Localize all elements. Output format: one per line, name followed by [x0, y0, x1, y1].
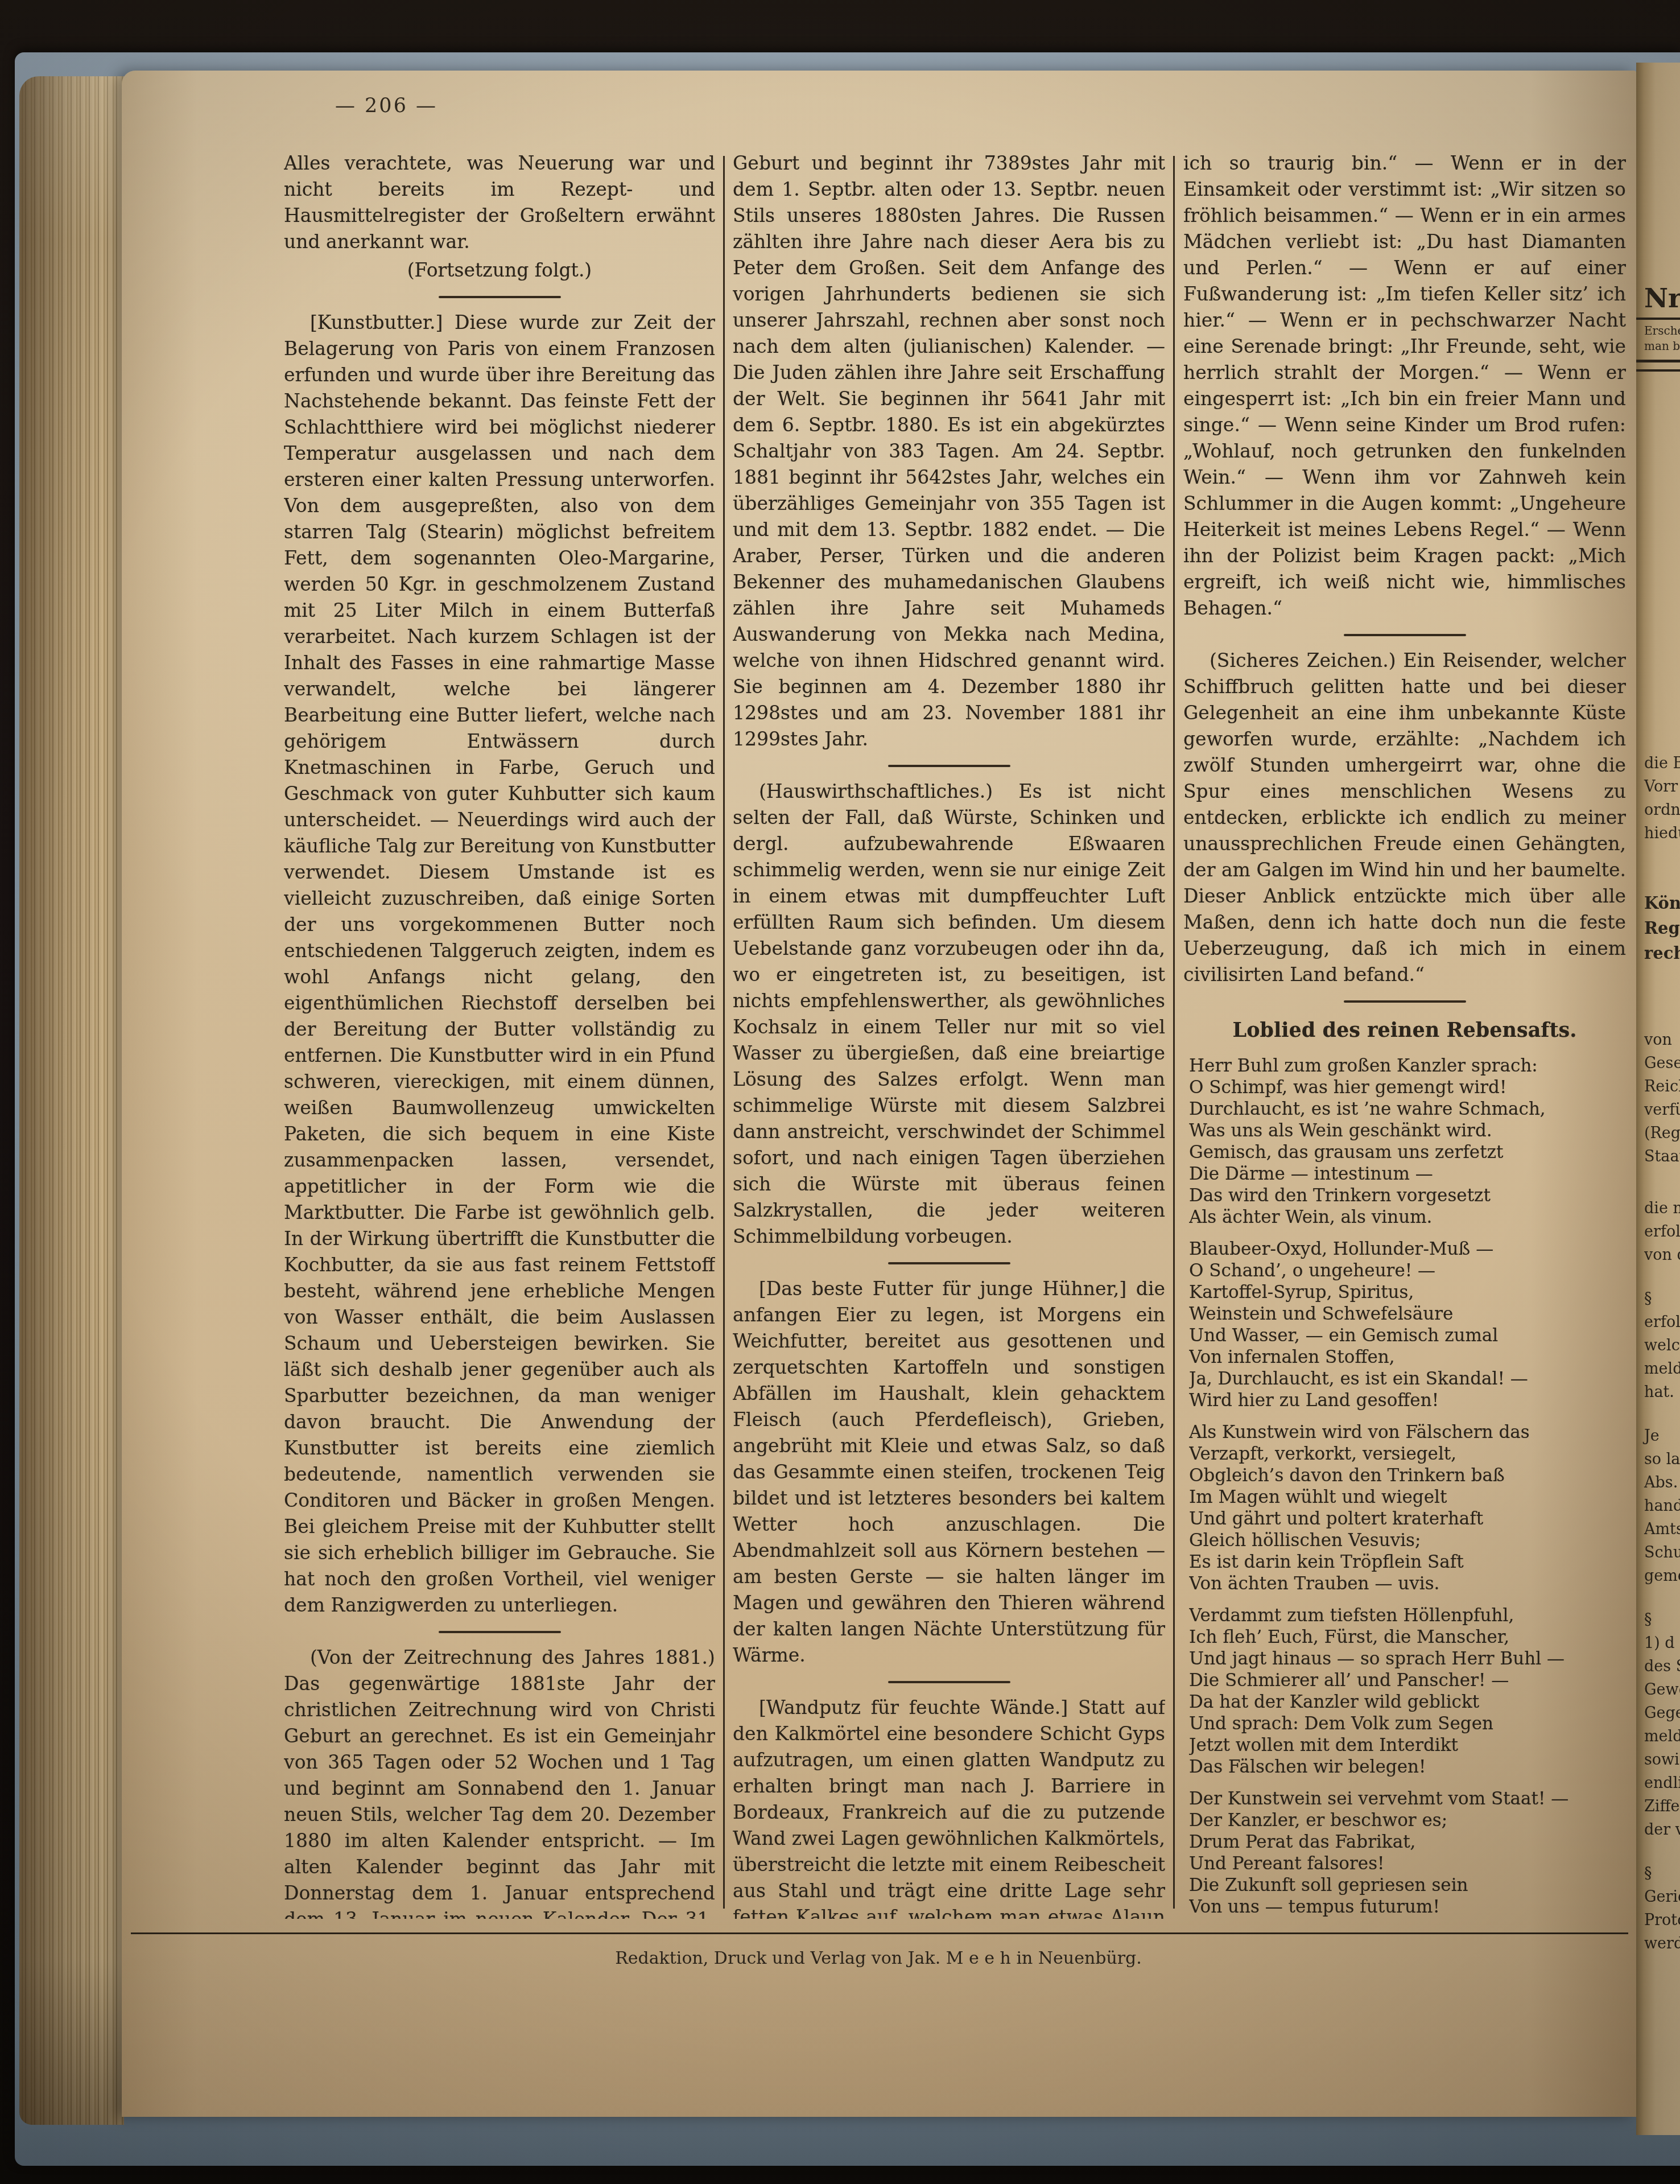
fragment-rule [1636, 318, 1680, 320]
clipped-text-fragment: von d [1644, 1243, 1680, 1267]
poem-line: Und gährt und poltert kraterhaft [1189, 1508, 1626, 1530]
clipped-text-fragment: Ziffer [1644, 1795, 1680, 1818]
poem-line: Und sprach: Dem Volk zum Segen [1189, 1713, 1626, 1734]
poem-line: Wird hier zu Land gesoffen! [1189, 1390, 1626, 1411]
poem-line: Verzapft, verkorkt, versiegelt, [1189, 1443, 1626, 1465]
poem-line: Gemisch, das grausam uns zerfetzt [1189, 1142, 1626, 1163]
clipped-text-fragment: Gericht [1644, 1885, 1680, 1909]
poem-line: Es ist darin kein Tröpflein Saft [1189, 1551, 1626, 1573]
text-column-3: ich so traurig bin.“ — Wenn er in der Ei… [1183, 150, 1626, 1919]
section-divider-rule [439, 1631, 561, 1633]
article-paragraph: [Kunstbutter.] Diese wurde zur Zeit der … [284, 310, 715, 1618]
clipped-text-fragment: Ersche [1644, 323, 1680, 339]
poem-line: O Schand’, o ungeheure! — [1189, 1260, 1626, 1281]
section-divider-rule [1344, 1000, 1466, 1003]
poem-line: Von uns — tempus futurum! [1189, 1896, 1626, 1918]
clipped-text-fragment: Gese [1644, 1052, 1680, 1075]
clipped-text-fragment: die ni [1644, 1197, 1680, 1220]
clipped-text-fragment: hat. [1644, 1381, 1680, 1404]
poem-line: O Schimpf, was hier gemengt wird! [1189, 1077, 1626, 1098]
clipped-text-fragment: verfü [1644, 1098, 1680, 1122]
clipped-text-fragment: Je [1644, 1424, 1680, 1448]
fragment-gap [1644, 1841, 1680, 1862]
clipped-text-fragment: von [1644, 1028, 1680, 1052]
section-divider-rule [888, 1262, 1010, 1264]
fragment-gap [1644, 376, 1680, 752]
article-paragraph: [Wandputz für feuchte Wände.] Statt auf … [733, 1695, 1165, 1919]
adjacent-page-content: Nr.Erscheman bdie BVorrordnuhieduKöniReg… [1636, 63, 1680, 1955]
fragment-gap [1644, 63, 1680, 283]
section-divider-rule [1344, 634, 1466, 636]
column-rule-2 [1173, 156, 1175, 1909]
clipped-text-fragment: Reich [1644, 1075, 1680, 1098]
clipped-text-fragment: Schuli [1644, 1541, 1680, 1564]
page-fore-edge-stack [19, 76, 124, 2125]
text-column-2: Geburt und beginnt ihr 7389stes Jahr mit… [733, 150, 1165, 1919]
fragment-gap [1644, 1404, 1680, 1424]
section-divider-rule [439, 296, 561, 298]
poem-stanza: Herr Buhl zum großen Kanzler sprach:O Sc… [1189, 1055, 1626, 1228]
poem-line: Die Schmierer all’ und Panscher! — [1189, 1670, 1626, 1691]
clipped-text-fragment: hander [1644, 1494, 1680, 1518]
page-number: — 206 — [292, 94, 480, 117]
clipped-text-fragment: Staat [1644, 1145, 1680, 1168]
clipped-text-fragment: § [1644, 1608, 1680, 1631]
article-paragraph: [Das beste Futter für junge Hühner,] die… [733, 1276, 1165, 1668]
fragment-gap [1644, 966, 1680, 1028]
poem-line: Und Wasser, — ein Gemisch zumal [1189, 1325, 1626, 1346]
poem-line: Ja, Durchlaucht, es ist ein Skandal! — [1189, 1368, 1626, 1390]
clipped-text-fragment: erfolg [1644, 1311, 1680, 1334]
poem-line: Und Pereant falsores! [1189, 1853, 1626, 1874]
imprint-line: Redaktion, Druck und Verlag von Jak. M e… [122, 1948, 1635, 1968]
poem-line: Durchlaucht, es ist ’ne wahre Schmach, [1189, 1098, 1626, 1120]
poem-line: Das Fälschen wir belegen! [1189, 1756, 1626, 1778]
poem-line: Und jagt hinaus — so sprach Herr Buhl — [1189, 1648, 1626, 1670]
article-paragraph: (Hauswirthschaftliches.) Es ist nicht se… [733, 778, 1165, 1250]
article-paragraph: Geburt und beginnt ihr 7389stes Jahr mit… [733, 150, 1165, 752]
clipped-text-fragment: Gewer [1644, 1678, 1680, 1701]
poem-line: Da hat der Kanzler wild geblickt [1189, 1691, 1626, 1713]
text-column-1: Alles verachtete, was Neuerung war und n… [284, 150, 715, 1919]
poem-line: Ich fleh’ Euch, Fürst, die Manscher, [1189, 1626, 1626, 1648]
poem-line: Herr Buhl zum großen Kanzler sprach: [1189, 1055, 1626, 1077]
poem-line: Gleich höllischen Vesuvis; [1189, 1530, 1626, 1551]
poem-line: Was uns als Wein geschänkt wird. [1189, 1120, 1626, 1142]
poem-line: Kartoffel-Syrup, Spiritus, [1189, 1281, 1626, 1303]
poem-line: Jetzt wollen mit dem Interdikt [1189, 1734, 1626, 1756]
column-rule-1 [723, 156, 725, 1909]
poem-line: Die Zukunft soll gepriesen sein [1189, 1874, 1626, 1896]
clipped-text-fragment: des S [1644, 1655, 1680, 1678]
clipped-text-fragment: so la [1644, 1448, 1680, 1471]
article-paragraph: ich so traurig bin.“ — Wenn er in der Ei… [1183, 150, 1626, 621]
article-paragraph: Alles verachtete, was Neuerung war und n… [284, 150, 715, 255]
poem-line: Drum Perat das Fabrikat, [1189, 1831, 1626, 1853]
poem-line: Als Kunstwein wird von Fälschern das [1189, 1421, 1626, 1443]
poem-line: Der Kanzler, er beschwor es; [1189, 1810, 1626, 1831]
clipped-text-fragment: § [1644, 1287, 1680, 1311]
clipped-text-fragment: § [1644, 1862, 1680, 1885]
fragment-gap [1644, 845, 1680, 891]
clipped-text-fragment: hiedu [1644, 822, 1680, 845]
poem-stanza: Blaubeer-Oxyd, Hollunder-Muß —O Schand’,… [1189, 1238, 1626, 1411]
poem-line: Der Kunstwein sei vervehmt vom Staat! — [1189, 1788, 1626, 1810]
clipped-text-fragment: gemei [1644, 1564, 1680, 1588]
section-divider-rule [888, 765, 1010, 767]
poem-line: Verdammt zum tiefsten Höllenpfuhl, [1189, 1605, 1626, 1626]
poem-line: Die Därme — intestinum — [1189, 1163, 1626, 1185]
article-paragraph: (Von der Zeitrechnung des Jahres 1881.) … [284, 1645, 715, 1919]
poem-line: Weinstein und Schwefelsäure [1189, 1303, 1626, 1325]
clipped-text-fragment: melde [1644, 1725, 1680, 1748]
clipped-text-fragment: man b [1644, 339, 1680, 354]
poem-line: Als ächter Wein, als vinum. [1189, 1206, 1626, 1228]
clipped-text-fragment: Gegen [1644, 1701, 1680, 1725]
poem-line: Blaubeer-Oxyd, Hollunder-Muß — [1189, 1238, 1626, 1260]
clipped-text-fragment: Protok [1644, 1909, 1680, 1932]
fragment-thick-rule [1636, 360, 1680, 372]
continuation-note: (Fortsetzung folgt.) [284, 257, 715, 283]
clipped-text-fragment: Regis [1644, 916, 1680, 941]
poem-stanza: Als Kunstwein wird von Fälschern dasVerz… [1189, 1421, 1626, 1594]
clipped-text-fragment: ordnu [1644, 798, 1680, 822]
clipped-text-fragment: der ve [1644, 1818, 1680, 1841]
clipped-text-fragment: 1) d [1644, 1631, 1680, 1655]
poem-line: Dann trinken wir nur reinen Wein, [1189, 1918, 1626, 1919]
clipped-text-fragment: sowie [1644, 1748, 1680, 1771]
footer-rule [131, 1932, 1628, 1934]
clipped-text-fragment: meld [1644, 1357, 1680, 1381]
clipped-text-fragment: rechte [1644, 941, 1680, 966]
article-paragraph: (Sicheres Zeichen.) Ein Reisender, welch… [1183, 648, 1626, 988]
newspaper-page: — 206 — Alles verachtete, was Neuerung w… [122, 71, 1636, 2117]
clipped-text-fragment: Köni [1644, 891, 1680, 916]
poem-line: Obgleich’s davon den Trinkern baß [1189, 1465, 1626, 1486]
clipped-text-fragment: werden [1644, 1932, 1680, 1955]
section-divider-rule [888, 1681, 1010, 1683]
poem-stanza: Verdammt zum tiefsten Höllenpfuhl,Ich fl… [1189, 1605, 1626, 1778]
poem-line: Von infernalen Stoffen, [1189, 1346, 1626, 1368]
clipped-text-fragment: die B [1644, 752, 1680, 775]
poem-stanza: Der Kunstwein sei vervehmt vom Staat! —D… [1189, 1788, 1626, 1919]
clipped-text-fragment: Nr. [1644, 283, 1680, 313]
clipped-text-fragment: (Reg. [1644, 1122, 1680, 1145]
fragment-gap [1644, 1168, 1680, 1197]
adjacent-page-edge: Nr.Erscheman bdie BVorrordnuhieduKöniReg… [1636, 63, 1680, 2135]
poem-line: Im Magen wühlt und wiegelt [1189, 1486, 1626, 1508]
poem-line: Von ächten Trauben — uvis. [1189, 1573, 1626, 1594]
clipped-text-fragment: endlich [1644, 1771, 1680, 1795]
fragment-gap [1644, 1267, 1680, 1287]
clipped-text-fragment: welch [1644, 1334, 1680, 1357]
poem-line: Das wird den Trinkern vorgesetzt [1189, 1185, 1626, 1206]
clipped-text-fragment: erfolg [1644, 1220, 1680, 1243]
clipped-text-fragment: Amtsg [1644, 1518, 1680, 1541]
scanned-book-photo: — 206 — Alles verachtete, was Neuerung w… [0, 0, 1680, 2184]
clipped-text-fragment: Abs. [1644, 1471, 1680, 1494]
fragment-gap [1644, 1588, 1680, 1608]
clipped-text-fragment: Vorr [1644, 775, 1680, 798]
article-heading: Loblied des reinen Rebensafts. [1183, 1017, 1626, 1044]
